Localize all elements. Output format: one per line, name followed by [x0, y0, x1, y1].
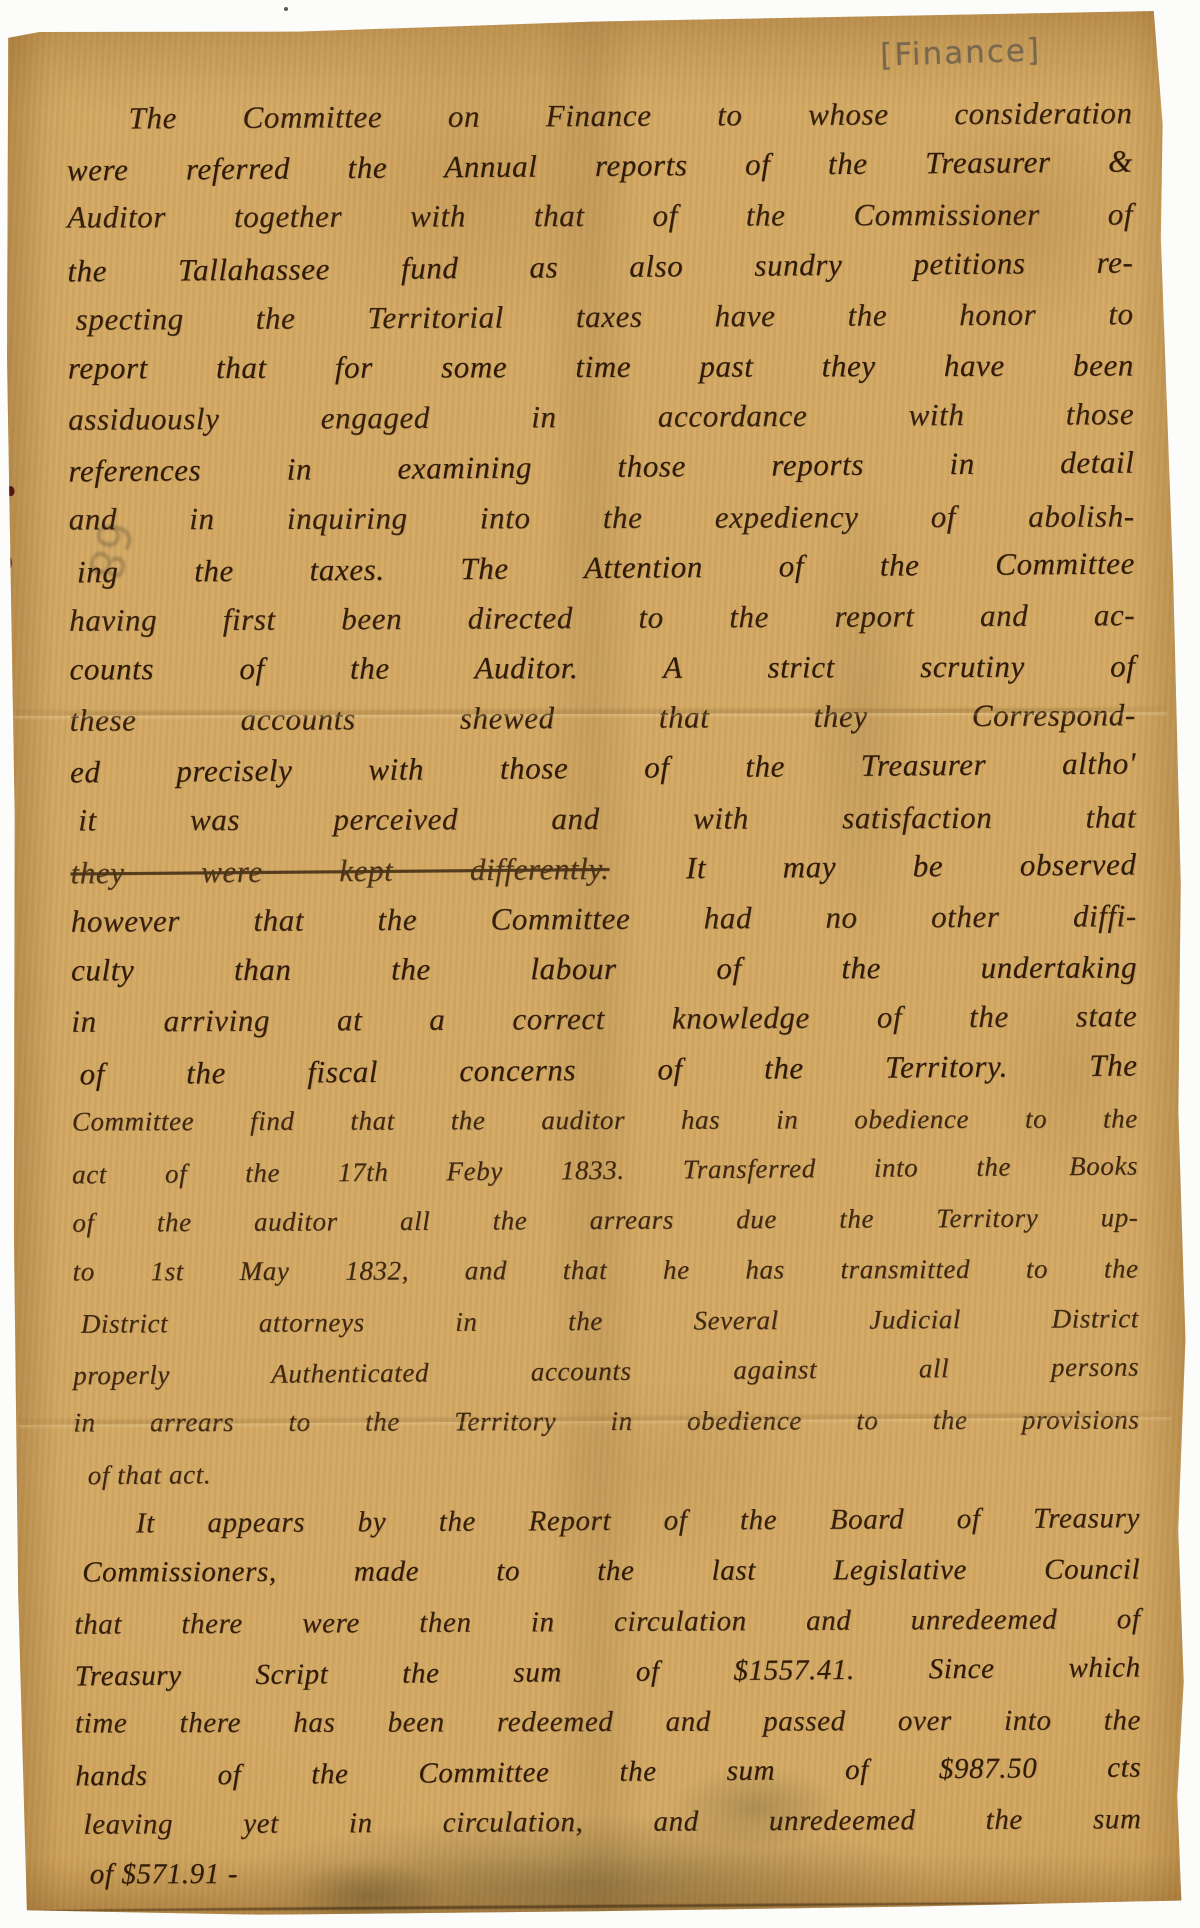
manuscript-text: The Committee on Finance to whose consid…: [66, 88, 1141, 1900]
manuscript-line: properly Authenticated accounts against …: [73, 1341, 1139, 1400]
manuscript-line: and in inquiring into the expediency of …: [69, 491, 1135, 544]
manuscript-line: assiduously engaged in accordance with t…: [68, 389, 1134, 445]
manuscript-page: [Finance] 68 The Committee on Finance to…: [4, 10, 1192, 1916]
paper-edge-shadow: [28, 1901, 1039, 1912]
manuscript-line: references in examining those reports in…: [68, 438, 1134, 497]
ink-speck: [6, 556, 12, 569]
finance-annotation: [Finance]: [880, 32, 1042, 73]
manuscript-line: of that act.: [73, 1442, 1139, 1501]
manuscript-line: report that for some time past they have…: [68, 340, 1134, 393]
manuscript-line: of $571.91 -: [76, 1846, 1142, 1899]
manuscript-line: in arriving at a correct knowledge of th…: [71, 992, 1137, 1048]
manuscript-line: time there has been redeemed and passed …: [75, 1695, 1141, 1748]
manuscript-line: it was perceived and with satisfaction t…: [70, 792, 1136, 845]
manuscript-line: they were kept differently. It may be ob…: [70, 839, 1136, 898]
manuscript-line: hands of the Committee the sum of $987.5…: [75, 1743, 1141, 1802]
manuscript-line: The Committee on Finance to whose consid…: [66, 88, 1132, 144]
manuscript-line: ing the taxes. The Attention of the Comm…: [69, 538, 1135, 597]
manuscript-line: having first been directed to the report…: [69, 590, 1135, 646]
manuscript-line: Treasury Script the sum of $1557.41. Sin…: [75, 1642, 1141, 1701]
manuscript-line: Auditor together with that of the Commis…: [67, 190, 1133, 243]
manuscript-line: to 1st May 1832, and that he has transmi…: [73, 1244, 1139, 1297]
manuscript-line: were referred the Annual reports of the …: [67, 137, 1133, 196]
ink-speck: [7, 486, 14, 496]
manuscript-line: the Tallahassee fund as also sundry peti…: [67, 237, 1133, 296]
manuscript-line: culty than the labour of the undertaking: [71, 943, 1137, 996]
manuscript-line: specting the Territorial taxes have the …: [67, 289, 1133, 345]
scan-background: [Finance] 68 The Committee on Finance to…: [0, 0, 1200, 1928]
manuscript-line: counts of the Auditor. A strict scrutiny…: [69, 642, 1135, 695]
manuscript-line: however that the Committee had no other …: [71, 891, 1137, 947]
manuscript-line: Committee find that the auditor has in o…: [72, 1093, 1138, 1146]
manuscript-line: leaving yet in circulation, and unredeem…: [75, 1795, 1141, 1851]
manuscript-line: Commissioners, made to the last Legislat…: [74, 1545, 1140, 1598]
manuscript-line: that there were then in circulation and …: [74, 1594, 1140, 1650]
struck-text: they were kept differently.: [70, 851, 609, 891]
manuscript-line: these accounts shewed that they Correspo…: [70, 690, 1136, 746]
manuscript-line: of the fiscal concerns of the Territory.…: [71, 1040, 1137, 1099]
dust-speck: [284, 7, 288, 11]
manuscript-line: ed precisely with those of the Treasurer…: [70, 739, 1136, 798]
manuscript-line: act of the 17th Feby 1833. Transferred i…: [72, 1140, 1138, 1199]
manuscript-line: in arrears to the Territory in obedience…: [73, 1394, 1139, 1447]
manuscript-line: of the auditor all the arrears due the T…: [72, 1192, 1138, 1248]
manuscript-line: It appears by the Report of the Board of…: [74, 1493, 1140, 1549]
manuscript-line: District attorneys in the Several Judici…: [73, 1293, 1139, 1349]
